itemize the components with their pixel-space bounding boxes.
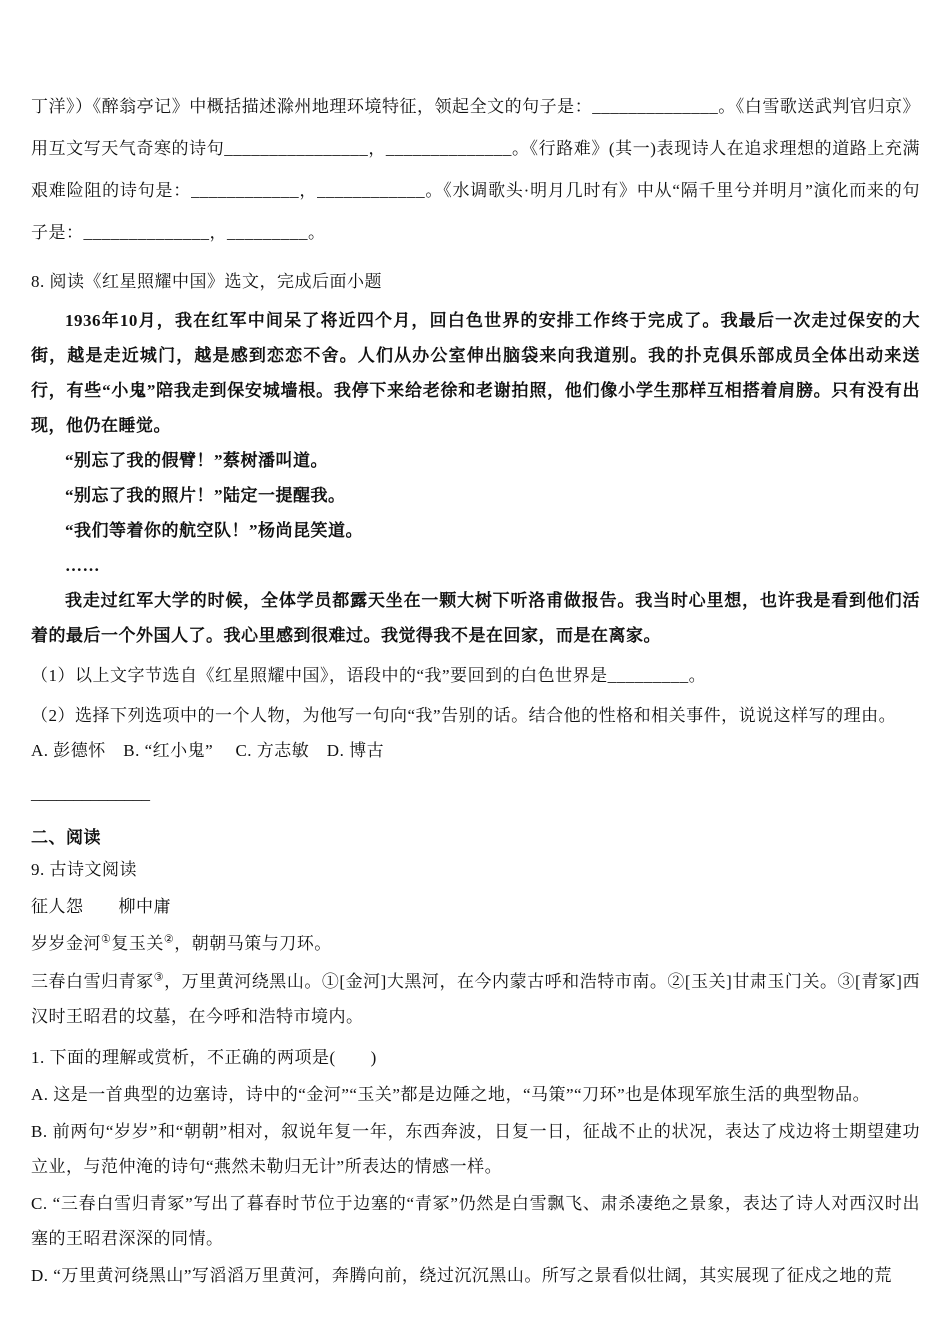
choice-c: C. “三春白雪归青冢”写出了暮春时节位于边塞的“青冢”仍然是白雪飘飞、肃杀凄绝… <box>31 1186 920 1256</box>
exam-document-page: 丁洋》）《醉翁亭记》中概括描述滁州地理环境特征，领起全文的句子是：_______… <box>0 0 950 1344</box>
passage-paragraph: 1936年10月，我在红军中间呆了将近四个月，回白色世界的安排工作终于完成了。我… <box>31 303 920 443</box>
question-9-heading: 9. 古诗文阅读 <box>31 855 920 885</box>
footnote-marker: ③ <box>154 971 164 983</box>
question-8-sub-1: （1）以上文字节选自《红星照耀中国》，语段中的“我”要回到的白色世界是_____… <box>31 658 920 693</box>
dialogue-line: “我们等着你的航空队！”杨尚昆笑道。 <box>31 513 920 548</box>
choice-b: B. 前两句“岁岁”和“朝朝”相对，叙说年复一年，东西奔波，日复一日，征战不止的… <box>31 1114 920 1184</box>
poem-line-2-with-notes: 三春白雪归青冢③，万里黄河绕黑山。①[金河]大黑河，在今内蒙古呼和浩特市南。②[… <box>31 964 920 1034</box>
dialogue-line: “别忘了我的假臂！”蔡树潘叫道。 <box>31 443 920 478</box>
passage-paragraph: 我走过红军大学的时候，全体学员都露天坐在一颗大树下听洛甫做报告。我当时心里想，也… <box>31 583 920 653</box>
dialogue-line: “别忘了我的照片！”陆定一提醒我。 <box>31 478 920 513</box>
section-2-heading: 二、阅读 <box>31 823 920 853</box>
choice-d: D. “万里黄河绕黑山”写滔滔万里黄河，奔腾向前，绕过沉沉黑山。所写之景看似壮阔… <box>31 1258 920 1293</box>
ellipsis-line: …… <box>31 548 920 583</box>
footnote-marker: ② <box>164 933 174 945</box>
poem-notes-text: ，万里黄河绕黑山。①[金河]大黑河，在今内蒙古呼和浩特市南。②[玉关]甘肃玉门关… <box>31 972 920 1026</box>
choice-a: A. 这是一首典型的边塞诗，诗中的“金河”“玉关”都是边陲之地，“马策”“刀环”… <box>31 1077 920 1112</box>
footnote-marker: ① <box>101 933 111 945</box>
answer-blank-line: ______________ <box>31 776 920 811</box>
poem-text-segment: 岁岁金河 <box>31 934 101 953</box>
question-8-options: A. 彭德怀 B. “红小鬼” C. 方志敏 D. 博古 <box>31 733 920 768</box>
poem-text-segment: 三春白雪归青冢 <box>31 972 154 991</box>
poem-text-segment: ，朝朝马策与刀环。 <box>174 934 332 953</box>
question-8-sub-2: （2）选择下列选项中的一个人物，为他写一句向“我”告别的话。结合他的性格和相关事… <box>31 698 920 733</box>
question-8-heading: 8. 阅读《红星照耀中国》选文，完成后面小题 <box>31 264 920 299</box>
poem-title-and-author: 征人怨 柳中庸 <box>31 891 920 923</box>
question-7-fill-blanks: 丁洋》）《醉翁亭记》中概括描述滁州地理环境特征，领起全文的句子是：_______… <box>31 86 920 254</box>
poem-text-segment: 复玉关 <box>111 934 164 953</box>
question-9-sub-1: 1. 下面的理解或赏析，不正确的两项是( ) <box>31 1040 920 1075</box>
poem-line-1: 岁岁金河①复玉关②，朝朝马策与刀环。 <box>31 926 920 961</box>
